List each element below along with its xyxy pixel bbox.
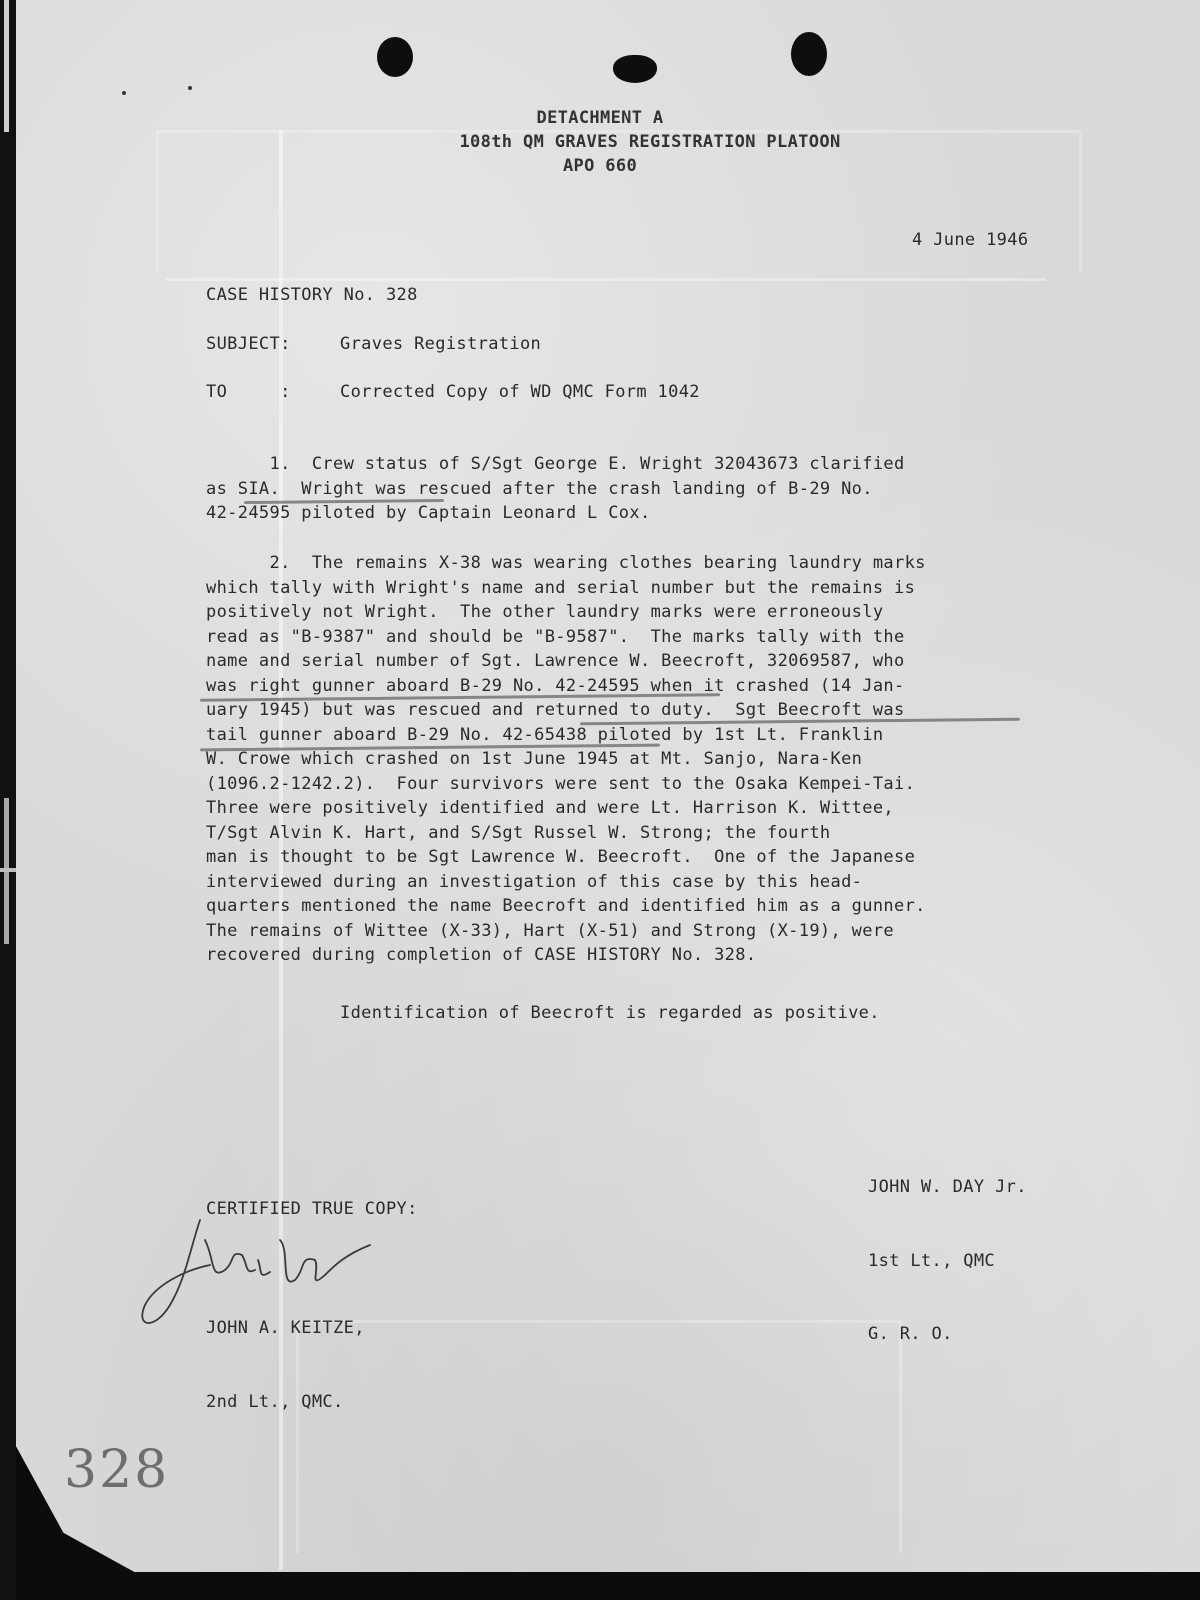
paragraph-line: recovered during completion of CASE HIST…	[206, 943, 926, 968]
paragraph-line: (1096.2-1242.2). Four survivors were sen…	[206, 772, 926, 797]
conclusion-statement: Identification of Beecroft is regarded a…	[340, 1001, 880, 1026]
punch-hole-icon	[791, 32, 827, 76]
paragraph-line: W. Crowe which crashed on 1st June 1945 …	[206, 747, 926, 772]
letterhead-line-2: 108th QM GRAVES REGISTRATION PLATOON	[0, 130, 1200, 155]
signatory-rank: 1st Lt., QMC	[868, 1249, 1027, 1274]
case-history-number: CASE HISTORY No. 328	[206, 283, 418, 308]
subject-label: SUBJECT:	[206, 332, 291, 357]
paragraph-line: read as "B-9387" and should be "B-9587".…	[206, 625, 926, 650]
punch-hole-icon	[613, 55, 657, 83]
handwritten-signature-icon	[130, 1210, 390, 1340]
punch-hole-icon	[377, 37, 413, 77]
to-label: TO :	[206, 380, 291, 405]
paragraph-line: T/Sgt Alvin K. Hart, and S/Sgt Russel W.…	[206, 821, 926, 846]
paragraph-line: name and serial number of Sgt. Lawrence …	[206, 649, 926, 674]
paragraph-line: 1. Crew status of S/Sgt George E. Wright…	[206, 452, 905, 477]
signatory-title: G. R. O.	[868, 1322, 1027, 1347]
paragraph-1: 1. Crew status of S/Sgt George E. Wright…	[206, 452, 905, 526]
paragraph-line: interviewed during an investigation of t…	[206, 870, 926, 895]
speck	[188, 86, 192, 90]
scan-border	[0, 0, 16, 1600]
speck	[122, 91, 126, 95]
subject-value: Graves Registration	[340, 332, 541, 357]
to-value: Corrected Copy of WD QMC Form 1042	[340, 380, 700, 405]
page-number-stamp: 328	[64, 1440, 169, 1500]
paragraph-line: tail gunner aboard B-29 No. 42-65438 pil…	[206, 723, 926, 748]
paragraph-line: 42-24595 piloted by Captain Leonard L Co…	[206, 501, 905, 526]
paragraph-line: which tally with Wright's name and seria…	[206, 576, 926, 601]
document-date: 4 June 1946	[912, 228, 1028, 253]
paragraph-2: 2. The remains X-38 was wearing clothes …	[206, 551, 926, 968]
certifier-rank: 2nd Lt., QMC.	[206, 1390, 365, 1415]
paragraph-line: The remains of Wittee (X-33), Hart (X-51…	[206, 919, 926, 944]
paragraph-line: man is thought to be Sgt Lawrence W. Bee…	[206, 845, 926, 870]
paragraph-line: as SIA. Wright was rescued after the cra…	[206, 477, 905, 502]
signature-block-gro: JOHN W. DAY Jr. 1st Lt., QMC G. R. O.	[868, 1126, 1027, 1371]
paragraph-line: 2. The remains X-38 was wearing clothes …	[206, 551, 926, 576]
letterhead-line-3: APO 660	[0, 154, 1200, 179]
paragraph-line: positively not Wright. The other laundry…	[206, 600, 926, 625]
paragraph-line: quarters mentioned the name Beecroft and…	[206, 894, 926, 919]
letterhead-line-1: DETACHMENT A	[0, 106, 1200, 131]
paragraph-line: Three were positively identified and wer…	[206, 796, 926, 821]
signatory-name: JOHN W. DAY Jr.	[868, 1175, 1027, 1200]
